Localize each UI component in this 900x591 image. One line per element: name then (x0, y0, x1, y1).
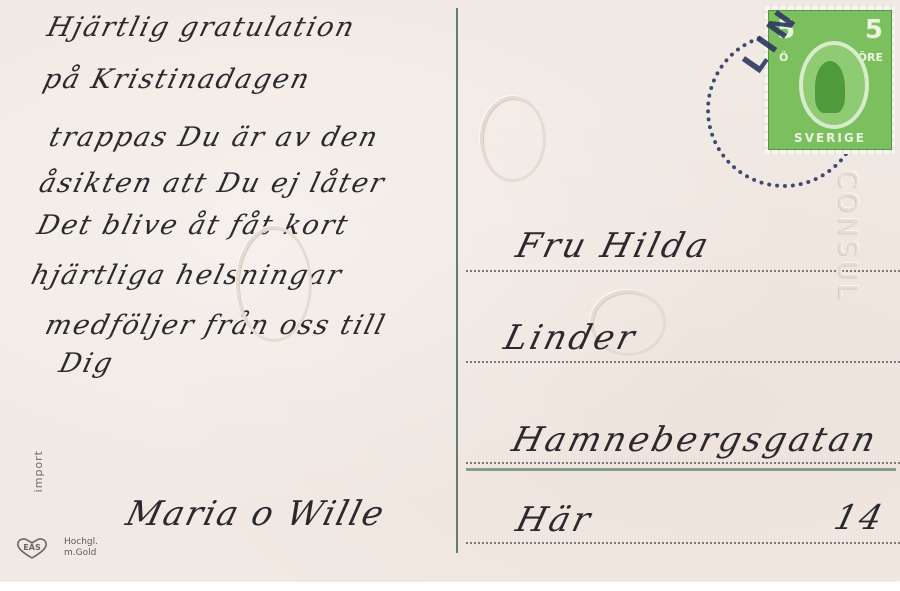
embossed-text: CONSUL (832, 170, 862, 302)
message-line-3: trappas Du är av den (46, 122, 382, 153)
printer-note-line-1: Hochgl. (64, 537, 98, 548)
address-street: Hamnebergsgatan (508, 420, 882, 460)
postcard: Hjärtlig gratulation på Kristinadagen tr… (0, 0, 900, 580)
eas-heart-logo-icon: EAS (16, 537, 48, 559)
message-line-1: Hjärtlig gratulation (44, 12, 359, 43)
stamp-country: SVERIGE (769, 131, 891, 145)
stamp-value-right: 5 (865, 15, 883, 45)
embossed-ornament (480, 96, 546, 182)
import-label: import (32, 450, 45, 492)
address-dotted-line-4 (466, 542, 900, 544)
message-line-5: Det blive åt fåt kort (34, 210, 353, 241)
signature: Maria o Wille (122, 494, 390, 534)
svg-text:EAS: EAS (23, 543, 41, 552)
center-divider (456, 8, 458, 553)
printer-note-line-2: m.Gold (64, 548, 98, 559)
message-line-8: Dig (56, 348, 117, 379)
address-underline (466, 468, 896, 471)
address-house-number: 14 (830, 498, 889, 538)
embossed-ornament (236, 226, 312, 342)
message-line-4: åsikten att Du ej låter (36, 168, 389, 199)
message-line-7: medföljer från oss till (42, 310, 390, 341)
address-city: Här (512, 500, 597, 540)
message-line-2: på Kristinadagen (40, 64, 314, 95)
address-recipient-name: Fru Hilda (512, 226, 715, 266)
king-portrait-icon (815, 61, 845, 113)
address-recipient-surname: Linder (500, 318, 641, 358)
address-dotted-line-2 (466, 361, 900, 363)
printer-note: Hochgl. m.Gold (64, 537, 98, 559)
address-dotted-line-3 (466, 462, 900, 464)
